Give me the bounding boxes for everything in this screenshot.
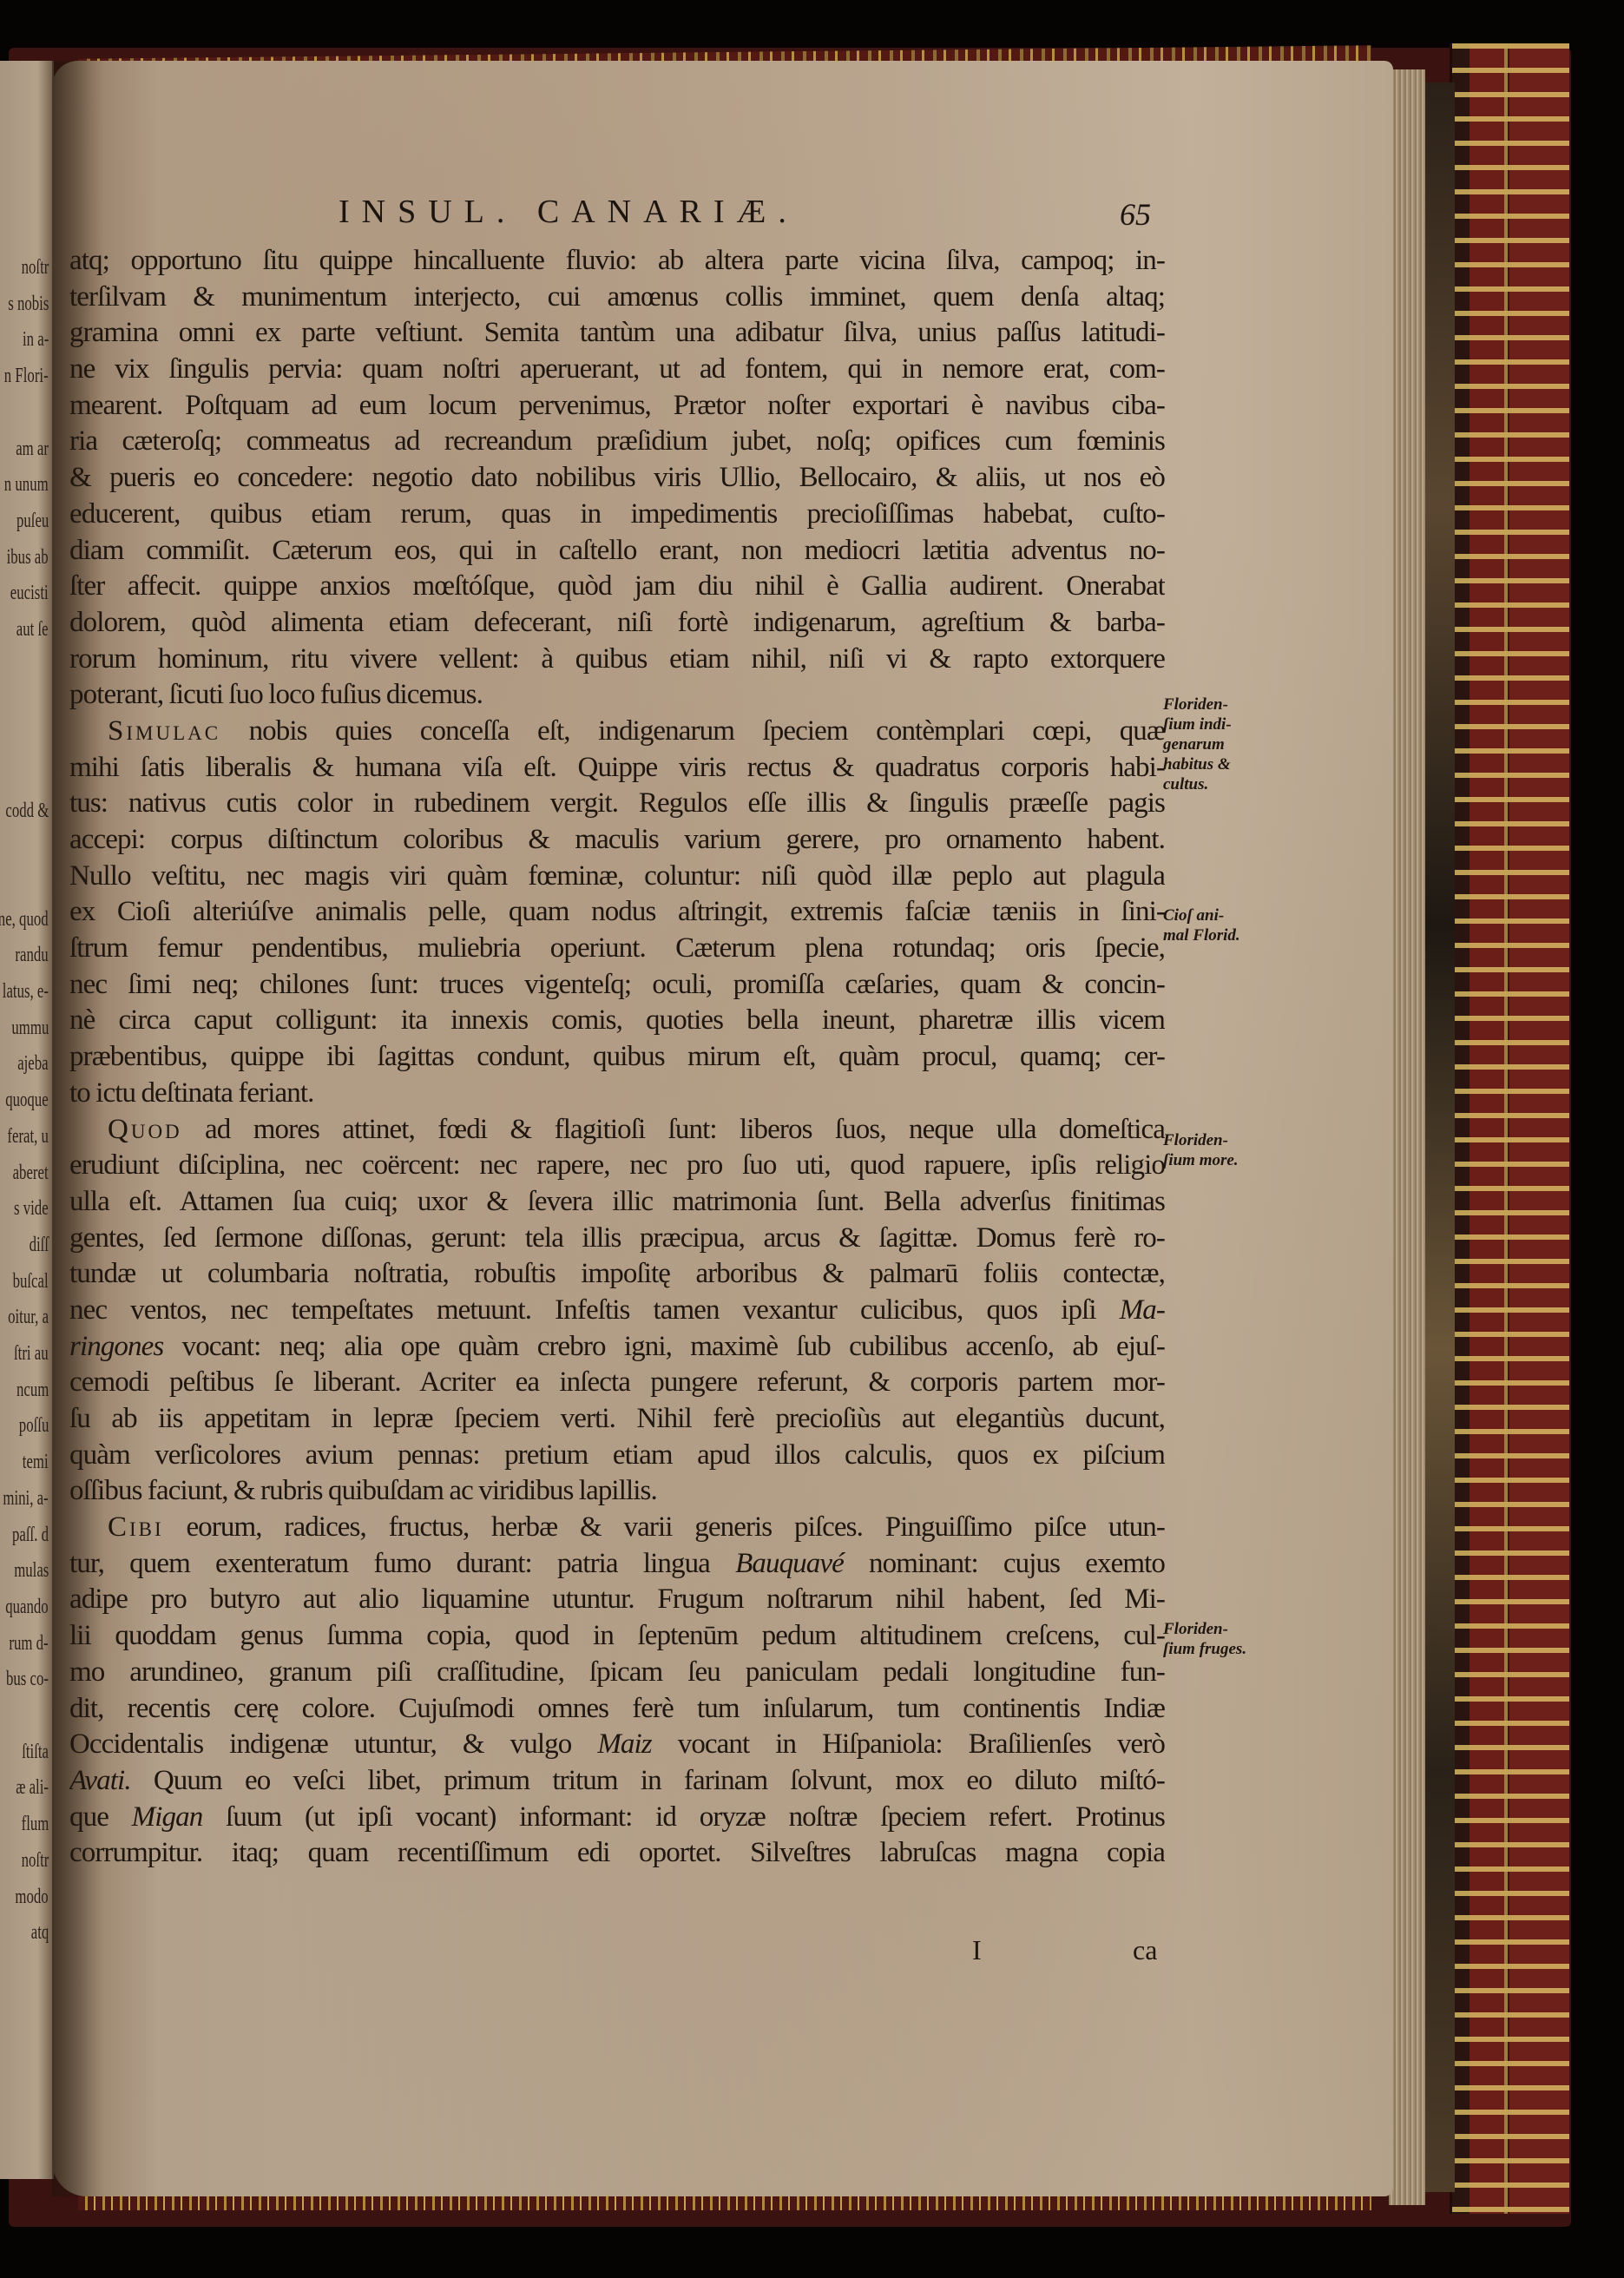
text-line: to ictu deſtinata feriant. xyxy=(69,1076,1165,1112)
facing-page-text: quoque xyxy=(6,1089,49,1112)
text-line: tur, quem exenteratum fumo durant: patri… xyxy=(69,1546,1165,1583)
signature-mark: I xyxy=(972,1934,982,1966)
facing-page-text: n unum xyxy=(4,473,49,497)
facing-page-text: modo xyxy=(16,1886,49,1909)
facing-page-text: ibus ab xyxy=(7,546,49,569)
text-line: diam commiſit. Cæterum eos, qui in caſte… xyxy=(69,533,1165,569)
facing-page-text: rum d- xyxy=(10,1632,49,1656)
facing-page-fragment: noſtrs nobisin a-n Flori-am arn unumpuſe… xyxy=(0,61,54,2179)
gilt-cover-border xyxy=(1450,43,1569,2214)
text-line: ſu ab iis appetitam in lepræ ſpeciem ver… xyxy=(69,1401,1165,1438)
facing-page-text: eucisti xyxy=(10,582,49,605)
facing-page-text: am ar xyxy=(16,438,49,461)
text-line: poterant, ſicuti ſuo loco fuſius dicemus… xyxy=(69,677,1165,714)
text-line: gramina omni ex parte veſtiunt. Semita t… xyxy=(69,315,1165,352)
margin-note: Floriden-ſium indi-genarumhabitus &cultu… xyxy=(1163,695,1259,794)
text-line: Cibi eorum, radices, fructus, herbæ & va… xyxy=(69,1510,1165,1546)
catchword: ca xyxy=(1133,1934,1157,1966)
text-line: Simulac nobis quies conceſſa eſt, indige… xyxy=(69,714,1165,750)
margin-note: Cioſ ani-mal Florid. xyxy=(1163,905,1259,945)
facing-page-text: bus co- xyxy=(6,1668,49,1691)
facing-page-text: temi xyxy=(23,1451,49,1474)
text-line: lii quoddam genus ſumma copia, quod in ſ… xyxy=(69,1618,1165,1655)
text-line: oſſibus faciunt, & rubris quibuſdam ac v… xyxy=(69,1473,1165,1510)
facing-page-text: ajeba xyxy=(18,1052,49,1076)
text-line: ringones vocant: neq; alia ope quàm creb… xyxy=(69,1329,1165,1366)
text-line: & pueris eo concedere: negotio dato nobi… xyxy=(69,460,1165,497)
facing-page-text: ferat, u xyxy=(7,1125,49,1149)
text-line: mo arundineo, granum piſi craſſitudine, … xyxy=(69,1655,1165,1691)
facing-page-text: flum xyxy=(21,1813,49,1836)
facing-page-text: ſtiſta xyxy=(22,1741,49,1764)
text-line: corrumpitur. itaq; quam recentiſſimum ed… xyxy=(69,1835,1165,1872)
facing-page-text: s nobis xyxy=(8,293,49,316)
text-line: rorum hominum, ritu vivere vellent: à qu… xyxy=(69,642,1165,678)
text-line: præbentibus, quippe ibi ſagittas condunt… xyxy=(69,1039,1165,1076)
facing-page-text: ummu xyxy=(11,1017,49,1040)
text-line: mearent. Poſtquam ad eum locum pervenimu… xyxy=(69,388,1165,425)
facing-page-text: ne, quod xyxy=(0,908,49,932)
facing-page-text: ncum xyxy=(16,1379,49,1402)
text-line: tus: nativus cutis color in rubedinem ve… xyxy=(69,786,1165,822)
text-line: gentes, ſed ſermone diſſonas, gerunt: te… xyxy=(69,1221,1165,1257)
text-line: ſtrum femur pendentibus, muliebria operi… xyxy=(69,931,1165,967)
text-line: Quod ad mores attinet, fœdi & flagitioſi… xyxy=(69,1112,1165,1149)
facing-page-text: ſtri au xyxy=(14,1342,49,1366)
text-line: terſilvam & munimentum interjecto, cui a… xyxy=(69,280,1165,316)
facing-page-text: poſſu xyxy=(18,1414,49,1438)
facing-page-text: quando xyxy=(6,1596,49,1619)
margin-note: Floriden-ſium fruges. xyxy=(1163,1619,1259,1659)
facing-page-text: n Flori- xyxy=(4,365,49,388)
facing-page-text: aut ſe xyxy=(16,618,49,642)
body-text: atq; opportuno ſitu quippe hincalluente … xyxy=(69,243,1165,1872)
text-line: ne vix ſingulis pervia: quam noſtri aper… xyxy=(69,352,1165,388)
text-line: adipe pro butyro aut alio liquamine utun… xyxy=(69,1582,1165,1618)
text-line: nec ſimi neq; chilones ſunt: truces vige… xyxy=(69,967,1165,1004)
facing-page-text: aberet xyxy=(13,1162,49,1185)
facing-page-text: noſtr xyxy=(21,256,49,280)
text-line: atq; opportuno ſitu quippe hincalluente … xyxy=(69,243,1165,280)
facing-page-text: atq xyxy=(30,1921,49,1945)
page-edges-stack xyxy=(1389,69,1425,2205)
text-line: mihi ſatis liberalis & humana viſa eſt. … xyxy=(69,750,1165,787)
text-line: dolorem, quòd alimenta etiam defecerant,… xyxy=(69,605,1165,642)
page-number: 65 xyxy=(1120,196,1151,233)
facing-page-text: mini, a- xyxy=(3,1487,49,1511)
text-line: nec ventos, nec tempeſtates metuunt. Inf… xyxy=(69,1293,1165,1329)
text-line: dit, recentis cerę colore. Cujuſmodi omn… xyxy=(69,1691,1165,1728)
text-line: cemodi peſtibus ſe liberant. Acriter ea … xyxy=(69,1365,1165,1401)
text-line: erudiunt diſciplina, nec coërcent: nec r… xyxy=(69,1148,1165,1184)
facing-page-text: puſeu xyxy=(16,510,49,533)
text-line: nè circa caput colligunt: ita innexis co… xyxy=(69,1003,1165,1039)
facing-page-text: æ ali- xyxy=(16,1776,49,1800)
gilt-ornament-rule xyxy=(1504,43,1508,2214)
text-line: educerent, quibus etiam rerum, quas in i… xyxy=(69,497,1165,533)
text-line: ria cæteroſq; commeatus ad recreandum pr… xyxy=(69,424,1165,460)
text-line: Occidentalis indigenæ utuntur, & vulgo M… xyxy=(69,1727,1165,1763)
facing-page-text: in a- xyxy=(23,328,49,352)
facing-page-text: oitur, a xyxy=(8,1306,49,1329)
facing-page-text: s vide xyxy=(14,1197,49,1221)
text-line: que Migan ſuum (ut ipſi vocant) informan… xyxy=(69,1800,1165,1836)
text-line: tundæ ut columbaria noſtratia, robuſtis … xyxy=(69,1256,1165,1293)
text-line: quàm verſicolores avium pennas: pretium … xyxy=(69,1438,1165,1474)
facing-page-text: mulas xyxy=(14,1559,49,1583)
facing-page-text: diſſ xyxy=(30,1234,49,1257)
running-head: INSUL. CANARIÆ. xyxy=(339,193,799,231)
text-line: ex Cioſi alteriúſve animalis pelle, quam… xyxy=(69,894,1165,931)
text-line: ſter affecit. quippe anxios mœſtóſque, q… xyxy=(69,569,1165,605)
facing-page-text: buſcal xyxy=(13,1270,49,1294)
facing-page-text: codd & xyxy=(5,800,49,823)
text-line: accepi: corpus diſtinctum coloribus & ma… xyxy=(69,822,1165,859)
facing-page-text: noſtr xyxy=(21,1849,49,1873)
facing-page-text: randu xyxy=(16,944,49,967)
text-line: Avati. Quum eo veſci libet, primum tritu… xyxy=(69,1763,1165,1800)
text-line: ulla eſt. Attamen ſua cuiq; uxor & ſever… xyxy=(69,1184,1165,1221)
facing-page-text: latus, e- xyxy=(3,980,49,1004)
marbled-endpaper xyxy=(1423,82,1455,2192)
margin-note: Floriden-ſium more. xyxy=(1163,1130,1259,1170)
text-line: Nullo veſtitu, nec magis viri quàm fœmin… xyxy=(69,859,1165,895)
facing-page-text: paſſ. d xyxy=(12,1524,49,1547)
